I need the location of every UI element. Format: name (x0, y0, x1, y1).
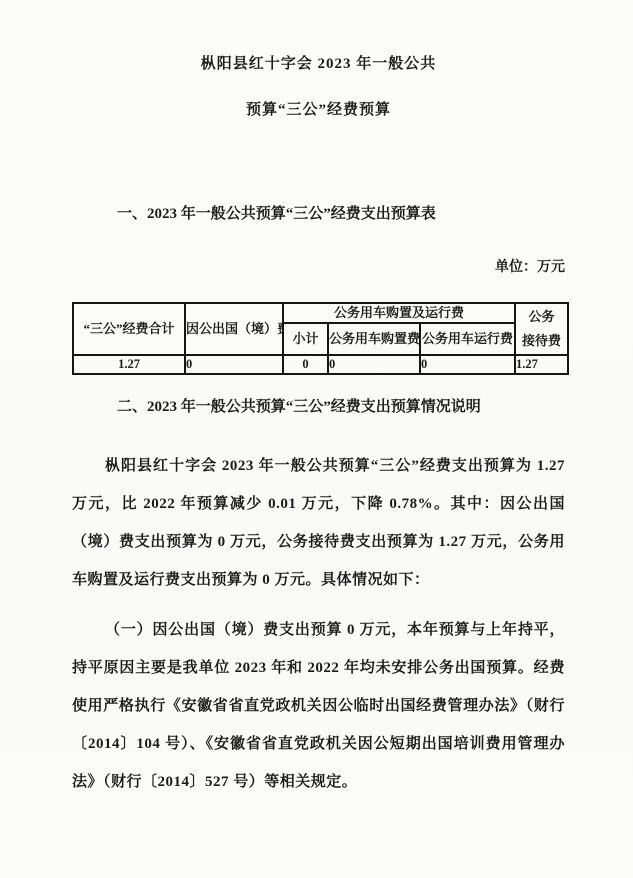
section-1-heading: 一、2023 年一般公共预算“三公”经费支出预算表 (72, 202, 565, 226)
three-public-expense-table: “三公”经费合计 因公出国（境）费 公务用车购置及运行费 公务 接待费 小计 公… (72, 302, 569, 375)
value-reception-expense: 1.27 (515, 355, 568, 374)
document-title-line2: 预算“三公”经费预算 (72, 98, 565, 122)
abroad-expense-paragraph: （一）因公出国（境）费支出预算 0 万元，本年预算与上年持平，持平原因主要是我单… (72, 611, 565, 801)
value-abroad-expense: 0 (185, 355, 283, 374)
unit-label: 单位：万元 (72, 256, 565, 280)
value-vehicle-operation: 0 (420, 355, 515, 374)
header-vehicle-group: 公务用车购置及运行费 (283, 303, 515, 323)
header-vehicle-subtotal: 小计 (283, 323, 328, 355)
header-vehicle-operation: 公务用车运行费 (420, 323, 515, 355)
header-total-expense: “三公”经费合计 (73, 303, 185, 355)
scanned-document-page: 枞阳县红十字会 2023 年一般公共 预算“三公”经费预算 一、2023 年一般… (0, 0, 633, 878)
table-data-row: 1.27 0 0 0 0 1.27 (73, 355, 568, 374)
value-total-expense: 1.27 (73, 355, 185, 374)
header-abroad-expense: 因公出国（境）费 (185, 303, 283, 355)
header-reception-expense: 公务 接待费 (515, 303, 568, 355)
document-title-line1: 枞阳县红十字会 2023 年一般公共 (72, 52, 565, 76)
value-vehicle-subtotal: 0 (283, 355, 328, 374)
section-2-heading: 二、2023 年一般公共预算“三公”经费支出预算情况说明 (72, 395, 565, 419)
header-reception-line1: 公务 (516, 305, 567, 329)
value-vehicle-purchase: 0 (328, 355, 420, 374)
budget-summary-paragraph: 枞阳县红十字会 2023 年一般公共预算“三公”经费支出预算为 1.27 万元，… (72, 447, 565, 599)
header-reception-line2: 接待费 (516, 329, 567, 353)
header-vehicle-purchase: 公务用车购置费 (328, 323, 420, 355)
